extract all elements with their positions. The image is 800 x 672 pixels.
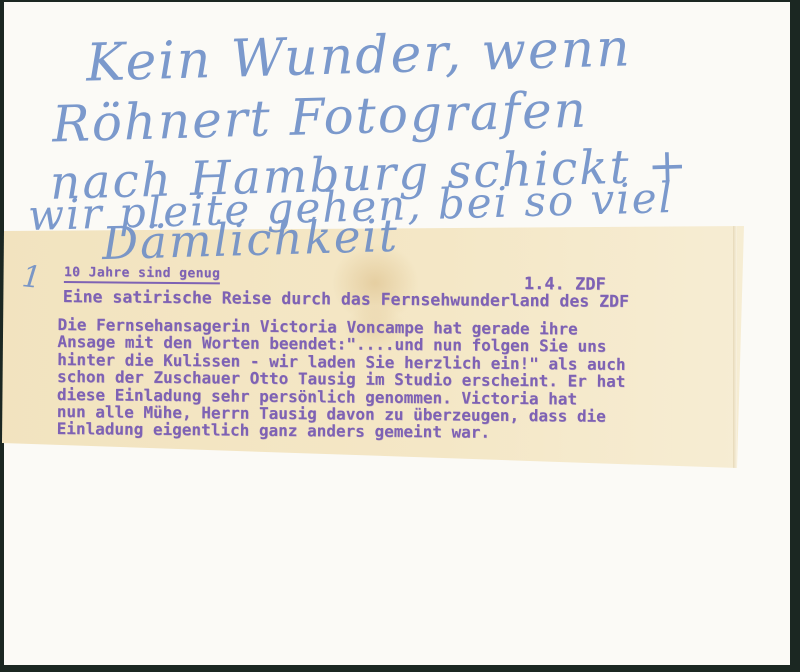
handwritten-margin-mark: 1 xyxy=(20,259,43,296)
handwritten-annotation-layer: Kein Wunder, wenn Röhnert Fotografen nac… xyxy=(0,0,800,672)
handwritten-line: Dämlichkeit xyxy=(101,209,399,270)
archive-photo-scan: { "document": { "handwriting": { "ink_co… xyxy=(0,0,800,672)
